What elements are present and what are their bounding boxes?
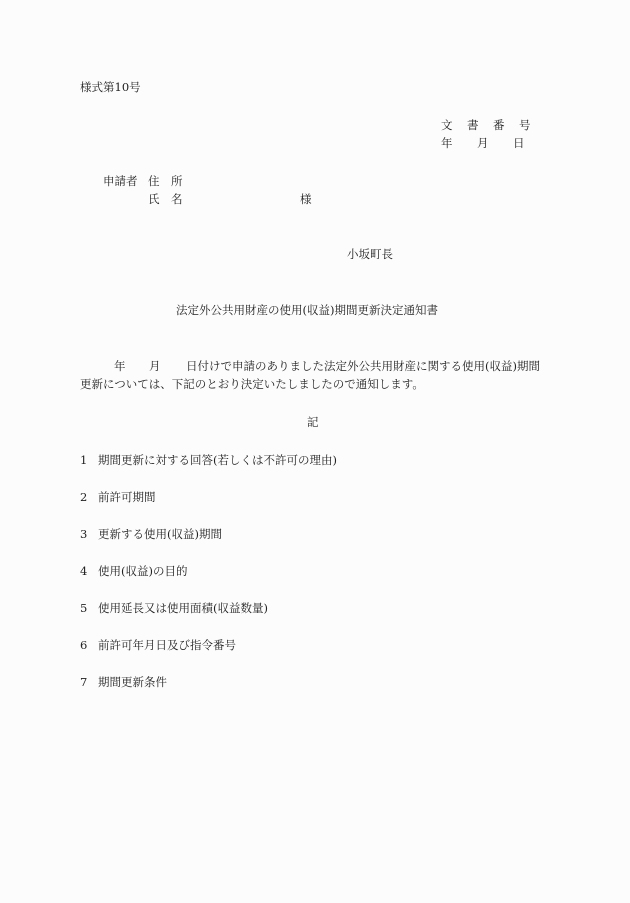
item-text: 前許可期間 [98,492,156,504]
date-day: 日 [513,138,525,150]
item-number: 1 [80,455,87,467]
item-number: 7 [80,677,87,689]
name-label: 氏 名 [148,194,183,206]
applicant-label: 申請者 [103,176,138,188]
document-title: 法定外公共用財産の使用(収益)期間更新決定通知書 [176,305,438,317]
item-text: 前許可年月日及び指令番号 [98,640,236,652]
form-number: 様式第10号 [80,82,141,94]
body-year: 年 [114,361,126,373]
document-number-label: 文書番号 [441,120,545,132]
document-number-char: 書 [467,120,493,132]
item-number: 6 [80,640,87,652]
date-year: 年 [441,138,453,150]
item-number: 2 [80,492,87,504]
address-label: 住 所 [148,176,183,188]
document-number-char: 号 [519,120,545,132]
issuer: 小坂町長 [347,249,393,261]
honorific-sama: 様 [300,194,312,206]
body-month: 月 [149,361,161,373]
item-number: 4 [80,566,87,578]
body-line-1: 年 月 日付けで申請のありました法定外公共用財産に関する使用(収益)期間 [80,361,550,375]
date-line: 年 月 日 [441,138,531,152]
date-month: 月 [477,138,489,150]
document-number-char: 文 [441,120,467,132]
item-text: 期間更新条件 [98,677,167,689]
item-text: 使用(収益)の目的 [98,566,187,578]
body-line-1-text: 日付けで申請のありました法定外公共用財産に関する使用(収益)期間 [186,361,540,373]
item-text: 使用延長又は使用面積(収益数量) [98,603,268,615]
document-number-char: 番 [493,120,519,132]
item-number: 5 [80,603,87,615]
item-number: 3 [80,529,87,541]
item-text: 更新する使用(収益)期間 [98,529,222,541]
ki-heading: 記 [307,417,319,429]
body-line-2: 更新については、下記のとおり決定いたしましたので通知します。 [80,379,424,391]
item-text: 期間更新に対する回答(若しくは不許可の理由) [98,455,337,467]
